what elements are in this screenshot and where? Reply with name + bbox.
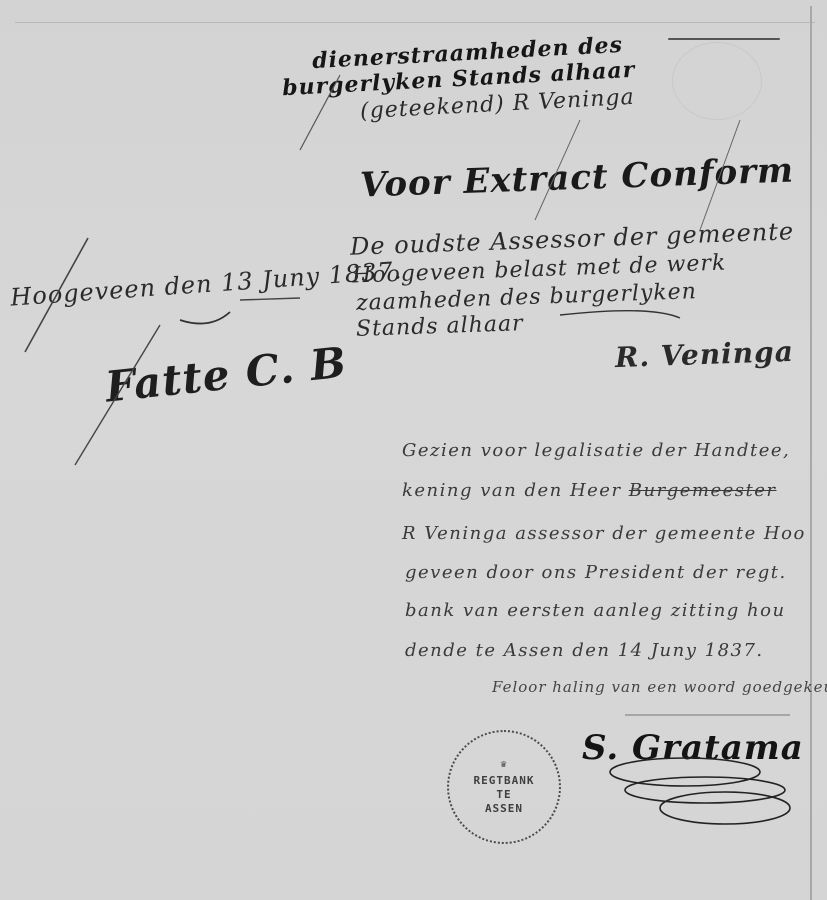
closing-rule <box>668 38 780 40</box>
legalization-line-5: bank van eersten aanleg zitting hou <box>405 600 786 621</box>
legalization-line-6: dende te Assen den 14 Juny 1837. <box>405 640 764 661</box>
embossed-seal <box>672 42 762 120</box>
legalization-line-1: Gezien voor legalisatie der Handtee, <box>402 440 790 461</box>
legalization-line-4: geveen door ons President der regt. <box>405 562 787 583</box>
struck-word: Burgemeester <box>629 480 777 501</box>
legalization-line-2-text: kening van den Heer <box>402 480 622 501</box>
legalization-line-2: kening van den Heer Burgemeester <box>402 480 777 501</box>
stamp-line-1: REGTBANK <box>474 774 535 788</box>
extract-heading: Voor Extract Conform <box>359 150 794 205</box>
document-page: dienerstraamheden des burgerlyken Stands… <box>0 0 827 900</box>
crown-icon: ♛ <box>500 758 507 772</box>
extract-line-4: Stands alhaar <box>356 311 524 342</box>
signature-flourish-icon <box>595 750 795 830</box>
court-stamp: ♛ REGTBANK TE ASSEN <box>447 730 561 844</box>
stamp-line-2: TE <box>496 788 511 802</box>
signature-veninga: R. Veninga <box>614 335 794 374</box>
legalization-line-3: R Veninga assessor der gemeente Hoo <box>402 523 806 544</box>
extract-line-1: De oudste Assessor der gemeente <box>350 217 795 260</box>
margin-initials: Fatte C. B <box>103 337 349 411</box>
place-date: Hoogeveen den 13 Juny 1837. <box>10 256 404 311</box>
page-fold-line <box>810 6 812 900</box>
page-edge-top <box>15 22 815 23</box>
stamp-line-3: ASSEN <box>485 802 523 816</box>
correction-note: Feloor haling van een woord goedgekeurd <box>492 678 827 696</box>
